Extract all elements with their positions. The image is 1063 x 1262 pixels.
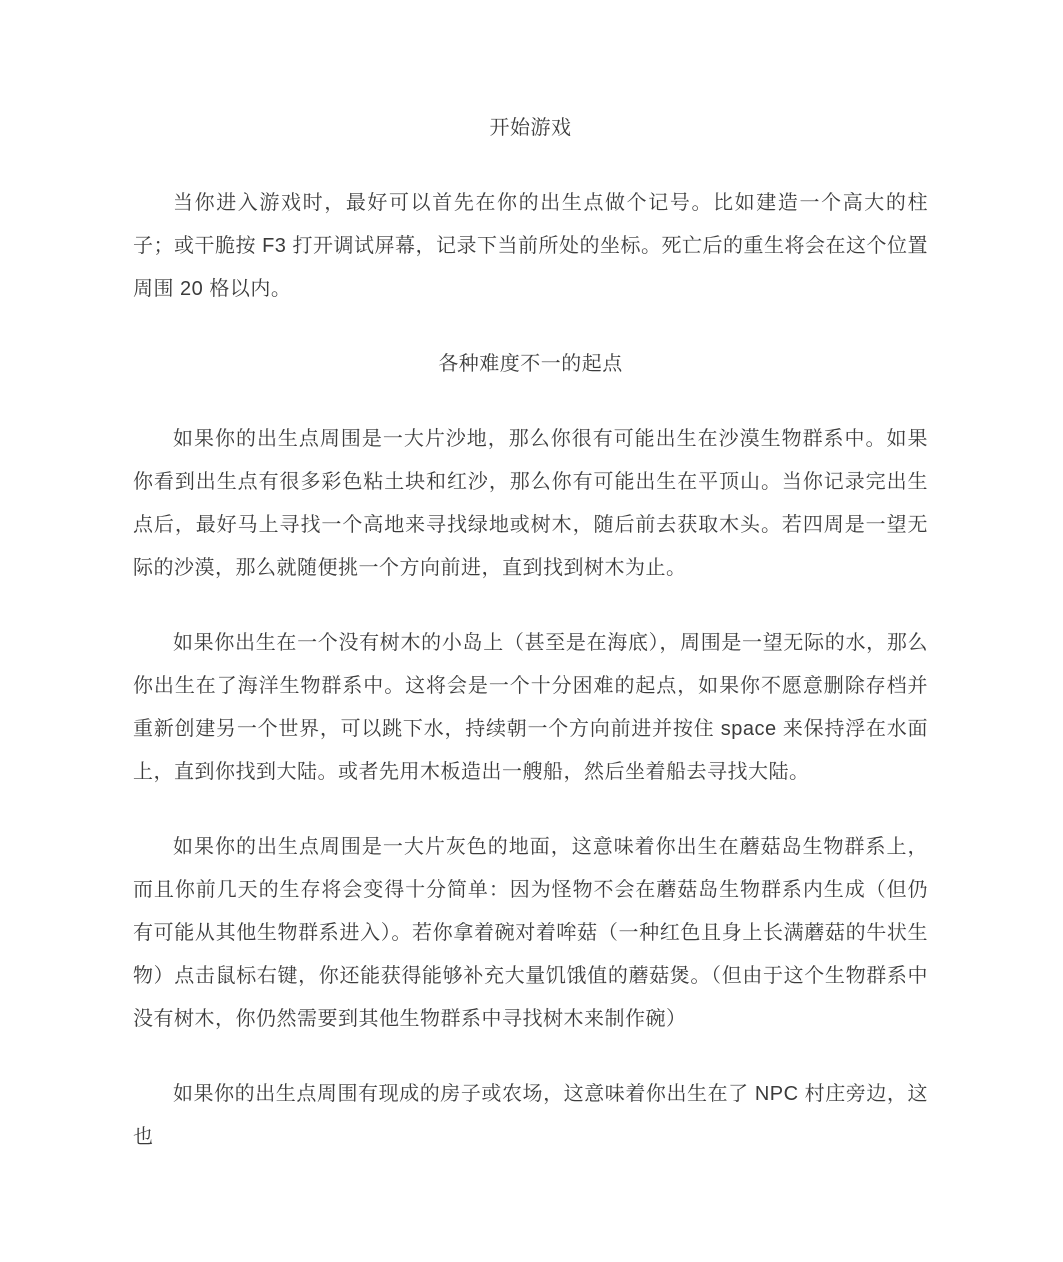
- paragraph-village-spawn: 如果你的出生点周围有现成的房子或农场，这意味着你出生在了 NPC 村庄旁边，这也: [133, 1073, 928, 1159]
- document-page: 开始游戏 当你进入游戏时，最好可以首先在你的出生点做个记号。比如建造一个高大的柱…: [0, 0, 1063, 1262]
- paragraph-ocean-spawn: 如果你出生在一个没有树木的小岛上（甚至是在海底），周围是一望无际的水，那么你出生…: [133, 622, 928, 794]
- section-heading: 各种难度不一的起点: [133, 343, 928, 386]
- document-title: 开始游戏: [133, 107, 928, 150]
- paragraph-spawn-marker: 当你进入游戏时，最好可以首先在你的出生点做个记号。比如建造一个高大的柱子；或干脆…: [133, 182, 928, 311]
- paragraph-desert-spawn: 如果你的出生点周围是一大片沙地，那么你很有可能出生在沙漠生物群系中。如果你看到出…: [133, 418, 928, 590]
- paragraph-mushroom-spawn: 如果你的出生点周围是一大片灰色的地面，这意味着你出生在蘑菇岛生物群系上，而且你前…: [133, 826, 928, 1041]
